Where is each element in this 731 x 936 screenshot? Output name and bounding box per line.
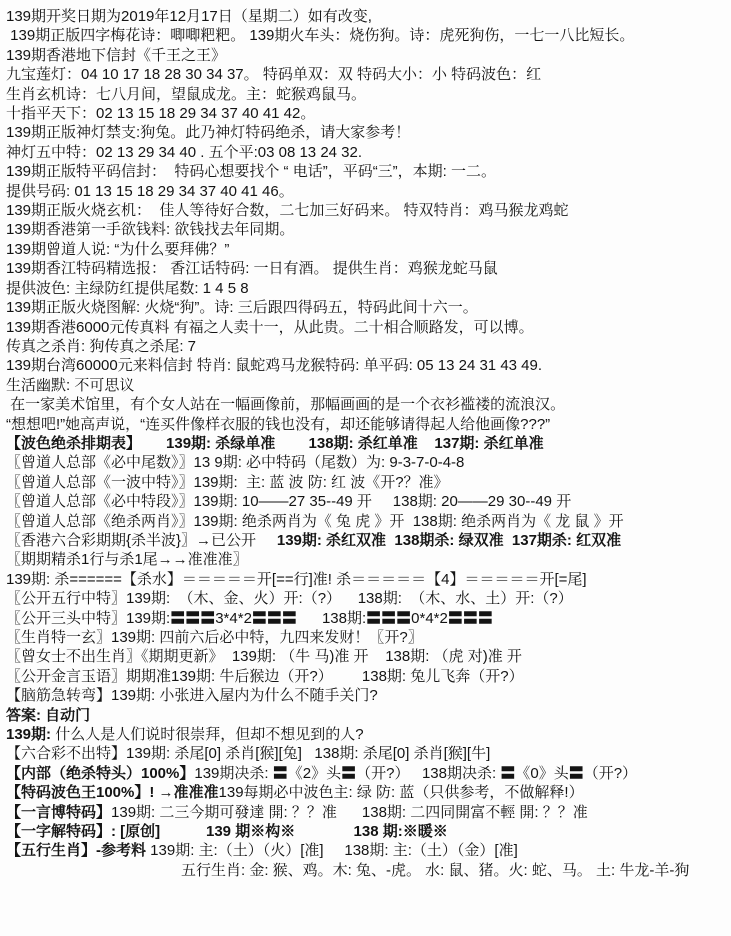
text-segment: 十指平天下：02 13 15 18 29 34 37 40 41 42。 xyxy=(6,105,315,122)
text-segment: 139期: xyxy=(6,726,51,743)
text-segment: 139期: 杀======【杀水】＝＝＝＝＝开[==行]准! 杀＝＝＝＝＝【4】… xyxy=(6,571,587,588)
text-segment: 139期曾道人说: “为什么要拜佛？” xyxy=(6,241,229,258)
text-line: 139期香江特码精选报： 香江话特码: 一日有酒。 提供生肖：鸡猴龙蛇马鼠 xyxy=(6,259,729,278)
text-segment: 〖公开金言玉语〗期期准139期: 牛后猴边（开?） 138期: 兔儿飞奔（开?） xyxy=(6,668,524,685)
text-line: 139期正版火烧图解: 火烧“狗”。诗: 三后跟四得码五，特码此间十六一。 xyxy=(6,298,729,317)
text-line: 139期: 杀======【杀水】＝＝＝＝＝开[==行]准! 杀＝＝＝＝＝【4】… xyxy=(6,570,729,589)
text-segment: 【脑筋急转弯】139期: 小张进入屋内为什么不随手关门? xyxy=(6,687,378,704)
text-segment: 〓 xyxy=(500,765,515,782)
text-line: 提供波色: 主绿防红提供尾数: 1 4 5 8 xyxy=(6,279,729,298)
text-segment: 九宝莲灯：04 10 17 18 28 30 34 37。 特码单双：双 特码大… xyxy=(6,66,541,83)
text-line: 〖曾道人总部《一波中特》〗139期: 主: 蓝 波 防: 红 波《开?？准》 xyxy=(6,473,729,492)
text-line: 139期正版四字梅花诗：唧唧粑粑。 139期火车头：烧伤狗。诗：虎死狗伤，一七一… xyxy=(6,26,729,45)
text-segment: 【波色绝杀排期表】 139期: 杀绿单准 138期: 杀红单准 137期: 杀红… xyxy=(6,435,544,452)
text-segment: 〓 xyxy=(569,765,584,782)
text-segment: 神灯五中特：02 13 29 34 40 . 五个平:03 08 13 24 3… xyxy=(6,144,362,161)
text-line: 139期正版火烧玄机： 佳人等待好合数，二七加三好码来。 特双特肖：鸡马猴龙鸡蛇 xyxy=(6,201,729,220)
text-segment: 139期正版火烧玄机： 佳人等待好合数，二七加三好码来。 特双特肖：鸡马猴龙鸡蛇 xyxy=(6,202,569,219)
text-segment: 〖公开三头中特〗139期: xyxy=(6,610,170,627)
text-segment: 3*4*2 xyxy=(215,610,252,627)
text-segment: 139期香港第一手欲钱料: 欲钱找去年同期。 xyxy=(6,221,294,238)
text-segment: 【一字解特码】: [原创] 139 期※构※ 138 期:※暖※ xyxy=(6,823,448,840)
text-segment: 【一言博特码】 xyxy=(6,804,111,821)
text-segment: 生肖玄机诗：七八月间，望鼠成龙。主：蛇猴鸡鼠马。 xyxy=(6,86,366,103)
text-segment: 139期正版火烧图解: 火烧“狗”。诗: 三后跟四得码五，特码此间十六一。 xyxy=(6,299,478,316)
text-segment: 139期决杀: xyxy=(194,765,272,782)
text-segment: 139期香港6000元传真料 有福之人卖十一，从此贵。二十相合顺路发，可以博。 xyxy=(6,319,534,336)
text-line: 139期开奖日期为2019年12月17日（星期二）如有改变, xyxy=(6,7,729,26)
text-segment: 139每期必中波色主: 绿 防: 蓝（只供参考，不做解释!） xyxy=(219,784,584,801)
text-segment: 【五行生肖】-参考料 xyxy=(6,842,146,859)
text-segment: 五行生肖: 金: 猴、鸡。木: 兔、-虎。 水: 鼠、猪。火: 蛇、马。 土: … xyxy=(181,862,689,879)
text-line: 生肖玄机诗：七八月间，望鼠成龙。主：蛇猴鸡鼠马。 xyxy=(6,85,729,104)
text-segment: 〖曾道人总部《一波中特》〗139期: 主: 蓝 波 防: 红 波《开?？准》 xyxy=(6,474,449,491)
text-segment: 139期正版四字梅花诗：唧唧粑粑。 139期火车头：烧伤狗。诗：虎死狗伤，一七一… xyxy=(6,27,634,44)
text-line: 【特码波色王100%】! →准准准139每期必中波色主: 绿 防: 蓝（只供参考… xyxy=(6,783,729,802)
text-line: 〖曾女士不出生肖〗《期期更新》 139期: （牛 马)准 开 138期: （虎 … xyxy=(6,647,729,666)
text-segment: “想想吧!”她高声说，“连买件像样衣服的钱也没有，却还能够请得起人给他画像???… xyxy=(6,416,550,433)
text-segment: 〖香港六合彩期期{杀半波}〗→已公开 xyxy=(6,532,277,549)
text-line: 【一言博特码】139期: 二三今期可發達 開: ？？准 138期: 二四同開富不… xyxy=(6,803,729,822)
text-line: 生活幽默: 不可思议 xyxy=(6,376,729,395)
text-segment: 〖曾道人总部《必中尾数》〗13 9期: 必中特码（尾数）为: 9-3-7-0-4… xyxy=(6,454,464,471)
text-line: 在一家美术馆里，有个女人站在一幅画像前，那幅画画的是一个衣衫褴褛的流浪汉。 xyxy=(6,395,729,414)
text-segment: 在一家美术馆里，有个女人站在一幅画像前，那幅画画的是一个衣衫褴褛的流浪汉。 xyxy=(6,396,565,413)
text-segment: 〓 xyxy=(273,765,288,782)
text-segment: 《0》头 xyxy=(515,765,568,782)
text-line: 【五行生肖】-参考料 139期: 主:（土）（火）[准] 138期: 主:（土）… xyxy=(6,841,729,860)
tip-sheet-document: 139期开奖日期为2019年12月17日（星期二）如有改变, 139期正版四字梅… xyxy=(0,0,731,880)
text-segment: 〓〓〓 xyxy=(252,610,297,627)
text-segment: 〖生肖特一玄〗139期: 四前六后必中特，九四来发财！〖开?〗 xyxy=(6,629,423,646)
text-line: 十指平天下：02 13 15 18 29 34 37 40 41 42。 xyxy=(6,104,729,123)
text-segment: 139期开奖日期为2019年12月17日（星期二）如有改变, xyxy=(6,8,372,25)
text-line: 【内部（绝杀特头）100%】139期决杀: 〓《2》头〓（开?） 138期决杀:… xyxy=(6,764,729,783)
text-segment: 139期: 主:（土）（火）[准] 138期: 主:（土）（金）[准] xyxy=(146,842,518,859)
text-line: 139期台湾60000元来料信封 特肖: 鼠蛇鸡马龙猴特码: 单平码: 05 1… xyxy=(6,356,729,375)
text-line: 139期曾道人说: “为什么要拜佛？” xyxy=(6,240,729,259)
text-line: 【脑筋急转弯】139期: 小张进入屋内为什么不随手关门? xyxy=(6,686,729,705)
text-segment: 提供波色: 主绿防红提供尾数: 1 4 5 8 xyxy=(6,280,249,297)
text-line: 139期香港地下信封《千王之王》 xyxy=(6,46,729,65)
text-segment: 《2》头 xyxy=(288,765,341,782)
text-segment: 139期正版特平码信封： 特码心想要找个 “ 电话”，平码“三”，本期: 一二。 xyxy=(6,163,496,180)
text-line: 139期: 什么人是人们说时很崇拜，但却不想见到的人? xyxy=(6,725,729,744)
text-line: 〖生肖特一玄〗139期: 四前六后必中特，九四来发财！〖开?〗 xyxy=(6,628,729,647)
text-line: 139期正版神灯禁支:狗兔。此乃神灯特码绝杀，请大家参考！ xyxy=(6,123,729,142)
text-line: 【一字解特码】: [原创] 139 期※构※ 138 期:※暖※ xyxy=(6,822,729,841)
text-segment: 答案: 自动门 xyxy=(6,707,90,724)
text-segment: 【内部（绝杀特头）100%】 xyxy=(6,765,194,782)
text-segment: （开?） 138期决杀: xyxy=(356,765,500,782)
text-segment: 139期正版神灯禁支:狗兔。此乃神灯特码绝杀，请大家参考！ xyxy=(6,124,410,141)
text-segment: 139期: 杀红双准 138期杀: 绿双准 137期杀: 红双准 xyxy=(277,532,621,549)
text-segment: 传真之杀肖: 狗传真之杀尾: 7 xyxy=(6,338,196,355)
text-line: 【六合彩不出特】139期: 杀尾[0] 杀肖[猴][兔] 138期: 杀尾[0]… xyxy=(6,744,729,763)
text-segment: 〓〓〓 xyxy=(366,610,411,627)
text-segment: 〖期期精杀1行与杀1尾→→准准准〗 xyxy=(6,551,248,568)
text-line: 〖曾道人总部《必中尾数》〗13 9期: 必中特码（尾数）为: 9-3-7-0-4… xyxy=(6,453,729,472)
text-line: 〖公开金言玉语〗期期准139期: 牛后猴边（开?） 138期: 兔儿飞奔（开?） xyxy=(6,667,729,686)
text-line: 〖公开五行中特〗139期: （木、金、火）开:（?） 138期: （木、水、土）… xyxy=(6,589,729,608)
text-line: “想想吧!”她高声说，“连买件像样衣服的钱也没有，却还能够请得起人给他画像???… xyxy=(6,415,729,434)
text-segment: 生活幽默: 不可思议 xyxy=(6,377,134,394)
text-line: 【波色绝杀排期表】 139期: 杀绿单准 138期: 杀红单准 137期: 杀红… xyxy=(6,434,729,453)
text-line: 139期香港6000元传真料 有福之人卖十一，从此贵。二十相合顺路发，可以博。 xyxy=(6,318,729,337)
text-line: 139期正版特平码信封： 特码心想要找个 “ 电话”，平码“三”，本期: 一二。 xyxy=(6,162,729,181)
text-segment: 提供号码: 01 13 15 18 29 34 37 40 41 46。 xyxy=(6,183,294,200)
text-line: 五行生肖: 金: 猴、鸡。木: 兔、-虎。 水: 鼠、猪。火: 蛇、马。 土: … xyxy=(6,861,729,880)
text-segment: 〖曾女士不出生肖〗《期期更新》 139期: （牛 马)准 开 138期: （虎 … xyxy=(6,648,522,665)
text-segment: 139期台湾60000元来料信封 特肖: 鼠蛇鸡马龙猴特码: 单平码: 05 1… xyxy=(6,357,542,374)
text-segment: 〖曾道人总部《绝杀两肖》〗139期: 绝杀两肖为《 兔 虎 》开 138期: 绝… xyxy=(6,513,624,530)
text-segment: 138期: xyxy=(297,610,366,627)
text-line: 〖公开三头中特〗139期:〓〓〓3*4*2〓〓〓 138期:〓〓〓0*4*2〓〓… xyxy=(6,609,729,628)
text-line: 提供号码: 01 13 15 18 29 34 37 40 41 46。 xyxy=(6,182,729,201)
text-segment: 【特码波色王100%】! →准准准 xyxy=(6,784,219,801)
text-segment: 139期香港地下信封《千王之王》 xyxy=(6,47,226,64)
text-line: 〖香港六合彩期期{杀半波}〗→已公开 139期: 杀红双准 138期杀: 绿双准… xyxy=(6,531,729,550)
text-segment: 139期: 二三今期可發達 開: ？？准 138期: 二四同開富不輕 開: ？？… xyxy=(111,804,588,821)
text-line: 九宝莲灯：04 10 17 18 28 30 34 37。 特码单双：双 特码大… xyxy=(6,65,729,84)
text-segment: 〓〓〓 xyxy=(170,610,215,627)
text-segment: 〓〓〓 xyxy=(448,610,493,627)
text-line: 〖曾道人总部《必中特段》〗139期: 10——27 35--49 开 138期:… xyxy=(6,492,729,511)
text-segment: 【六合彩不出特】139期: 杀尾[0] 杀肖[猴][兔] 138期: 杀尾[0]… xyxy=(6,745,490,762)
text-line: 传真之杀肖: 狗传真之杀尾: 7 xyxy=(6,337,729,356)
text-line: 〖期期精杀1行与杀1尾→→准准准〗 xyxy=(6,550,729,569)
text-segment: 〓 xyxy=(341,765,356,782)
text-line: 神灯五中特：02 13 29 34 40 . 五个平:03 08 13 24 3… xyxy=(6,143,729,162)
text-segment: 139期香江特码精选报： 香江话特码: 一日有酒。 提供生肖：鸡猴龙蛇马鼠 xyxy=(6,260,498,277)
text-line: 139期香港第一手欲钱料: 欲钱找去年同期。 xyxy=(6,220,729,239)
text-segment: 0*4*2 xyxy=(411,610,448,627)
text-line: 答案: 自动门 xyxy=(6,706,729,725)
text-segment: 什么人是人们说时很崇拜，但却不想见到的人? xyxy=(51,726,364,743)
text-segment: 〖公开五行中特〗139期: （木、金、火）开:（?） 138期: （木、水、土）… xyxy=(6,590,573,607)
text-segment: 〖曾道人总部《必中特段》〗139期: 10——27 35--49 开 138期:… xyxy=(6,493,571,510)
text-line: 〖曾道人总部《绝杀两肖》〗139期: 绝杀两肖为《 兔 虎 》开 138期: 绝… xyxy=(6,512,729,531)
text-segment: （开?） xyxy=(584,765,637,782)
